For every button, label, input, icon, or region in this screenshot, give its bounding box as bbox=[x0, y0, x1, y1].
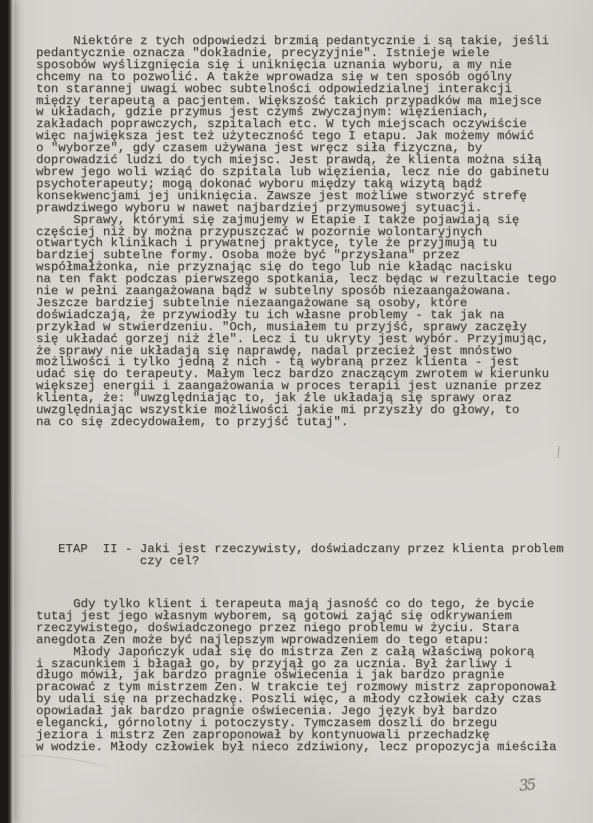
text-line: w wodzie. Młody człowiek był nieco zdziw… bbox=[36, 742, 557, 754]
paragraph-stage-one-matters: Sprawy, którymi się zajmujemy w Etapie I… bbox=[36, 215, 557, 429]
body-text-upper: Niektóre z tych odpowiedzi brzmią pedant… bbox=[36, 36, 557, 429]
paragraph-pedantic-answers: Niektóre z tych odpowiedzi brzmią pedant… bbox=[36, 36, 557, 215]
scanned-page: Niektóre z tych odpowiedzi brzmią pedant… bbox=[0, 0, 593, 823]
text-line: na co się zdecydowałem, to przyjść tutaj… bbox=[36, 417, 557, 429]
paper-crease bbox=[20, 752, 111, 775]
page-number: 35 bbox=[518, 775, 535, 794]
body-text-zen-anecdote: Gdy tylko klient i terapeuta mają jasnoś… bbox=[36, 599, 557, 754]
text-line: czy cel? bbox=[58, 556, 564, 568]
stray-ink-mark bbox=[557, 446, 559, 458]
scan-edge-artifact bbox=[0, 0, 14, 823]
section-heading-etap-ii: ETAP II - Jaki jest rzeczywisty, doświad… bbox=[58, 544, 564, 568]
